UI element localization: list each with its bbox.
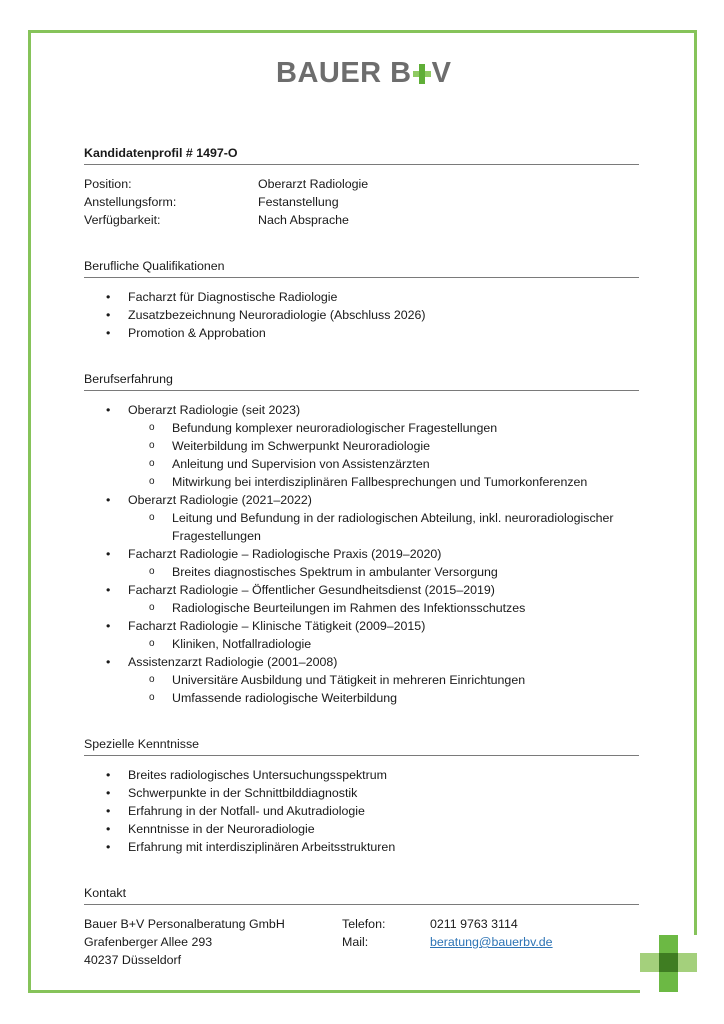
experience-details: Kliniken, Notfallradiologie — [128, 635, 639, 653]
experience-detail: Umfassende radiologische Weiterbildung — [128, 689, 639, 707]
qualifications-title: Berufliche Qualifikationen — [84, 257, 639, 278]
experience-detail: Radiologische Beurteilungen im Rahmen de… — [128, 599, 639, 617]
frame-border-top — [28, 30, 696, 33]
skill-item: Kenntnisse in der Neuroradiologie — [84, 820, 639, 838]
experience-detail: Mitwirkung bei interdisziplinären Fallbe… — [128, 473, 639, 491]
corner-cross-icon — [640, 935, 697, 992]
experience-item: Oberarzt Radiologie (2021–2022)Leitung u… — [84, 491, 639, 545]
experience-detail: Kliniken, Notfallradiologie — [128, 635, 639, 653]
field-label: Position: — [84, 175, 258, 193]
field-value: Nach Absprache — [258, 211, 349, 229]
field-value: Oberarzt Radiologie — [258, 175, 368, 193]
experience-detail: Weiterbildung im Schwerpunkt Neuroradiol… — [128, 437, 639, 455]
experience-item: Facharzt Radiologie – Öffentlicher Gesun… — [84, 581, 639, 617]
frame-border-right — [694, 30, 697, 935]
qualification-item: Facharzt für Diagnostische Radiologie — [84, 288, 639, 306]
company-logo: BAUER BV — [276, 56, 451, 90]
experience-role: Facharzt Radiologie – Klinische Tätigkei… — [128, 617, 639, 635]
experience-detail: Universitäre Ausbildung und Tätigkeit in… — [128, 671, 639, 689]
qualifications-list: Facharzt für Diagnostische RadiologieZus… — [84, 288, 639, 342]
skills-list: Breites radiologisches Untersuchungsspek… — [84, 766, 639, 856]
profile-field-row: Anstellungsform:Festanstellung — [84, 193, 639, 211]
skill-item: Erfahrung in der Notfall- und Akutradiol… — [84, 802, 639, 820]
experience-detail: Breites diagnostisches Spektrum in ambul… — [128, 563, 639, 581]
experience-item: Facharzt Radiologie – Radiologische Prax… — [84, 545, 639, 581]
experience-detail: Anleitung und Supervision von Assistenzä… — [128, 455, 639, 473]
experience-role: Facharzt Radiologie – Radiologische Prax… — [128, 545, 639, 563]
phone-value: 0211 9763 3114 — [430, 915, 553, 933]
experience-details: Befundung komplexer neuroradiologischer … — [128, 419, 639, 491]
mail-label: Mail: — [342, 933, 430, 951]
experience-list: Oberarzt Radiologie (seit 2023)Befundung… — [84, 401, 639, 707]
mail-link[interactable]: beratung@bauerbv.de — [430, 933, 553, 951]
profile-field-row: Verfügbarkeit:Nach Absprache — [84, 211, 639, 229]
frame-border-left — [28, 30, 31, 992]
experience-details: Radiologische Beurteilungen im Rahmen de… — [128, 599, 639, 617]
experience-details: Breites diagnostisches Spektrum in ambul… — [128, 563, 639, 581]
experience-details: Leitung und Befundung in der radiologisc… — [128, 509, 639, 545]
profile-title: Kandidatenprofil # 1497-O — [84, 144, 639, 165]
profile-field-row: Position:Oberarzt Radiologie — [84, 175, 639, 193]
experience-item: Oberarzt Radiologie (seit 2023)Befundung… — [84, 401, 639, 491]
field-value: Festanstellung — [258, 193, 339, 211]
green-plus-icon — [413, 62, 431, 84]
experience-role: Assistenzarzt Radiologie (2001–2008) — [128, 653, 639, 671]
skill-item: Schwerpunkte in der Schnittbilddiagnosti… — [84, 784, 639, 802]
qualification-item: Zusatzbezeichnung Neuroradiologie (Absch… — [84, 306, 639, 324]
company-name: Bauer B+V Personalberatung GmbH — [84, 915, 342, 933]
experience-item: Assistenzarzt Radiologie (2001–2008)Univ… — [84, 653, 639, 707]
logo-text-right: V — [432, 57, 452, 89]
skills-title: Spezielle Kenntnisse — [84, 735, 639, 756]
experience-item: Facharzt Radiologie – Klinische Tätigkei… — [84, 617, 639, 653]
logo-text-left: BAUER B — [276, 57, 412, 89]
contact-block: Bauer B+V Personalberatung GmbH Grafenbe… — [84, 915, 639, 969]
frame-border-bottom — [28, 990, 640, 993]
experience-details: Universitäre Ausbildung und Tätigkeit in… — [128, 671, 639, 707]
contact-details: Telefon: 0211 9763 3114 Mail: beratung@b… — [342, 915, 553, 969]
street: Grafenberger Allee 293 — [84, 933, 342, 951]
phone-label: Telefon: — [342, 915, 430, 933]
experience-role: Oberarzt Radiologie (seit 2023) — [128, 401, 639, 419]
experience-role: Oberarzt Radiologie (2021–2022) — [128, 491, 639, 509]
skill-item: Breites radiologisches Untersuchungsspek… — [84, 766, 639, 784]
document-content: Kandidatenprofil # 1497-O Position:Obera… — [84, 144, 639, 969]
experience-title: Berufserfahrung — [84, 370, 639, 391]
field-label: Verfügbarkeit: — [84, 211, 258, 229]
field-label: Anstellungsform: — [84, 193, 258, 211]
profile-fields: Position:Oberarzt RadiologieAnstellungsf… — [84, 175, 639, 229]
city: 40237 Düsseldorf — [84, 951, 342, 969]
skill-item: Erfahrung mit interdisziplinären Arbeits… — [84, 838, 639, 856]
contact-title: Kontakt — [84, 884, 639, 905]
experience-detail: Befundung komplexer neuroradiologischer … — [128, 419, 639, 437]
contact-address: Bauer B+V Personalberatung GmbH Grafenbe… — [84, 915, 342, 969]
experience-detail: Leitung und Befundung in der radiologisc… — [128, 509, 639, 545]
qualification-item: Promotion & Approbation — [84, 324, 639, 342]
experience-role: Facharzt Radiologie – Öffentlicher Gesun… — [128, 581, 639, 599]
